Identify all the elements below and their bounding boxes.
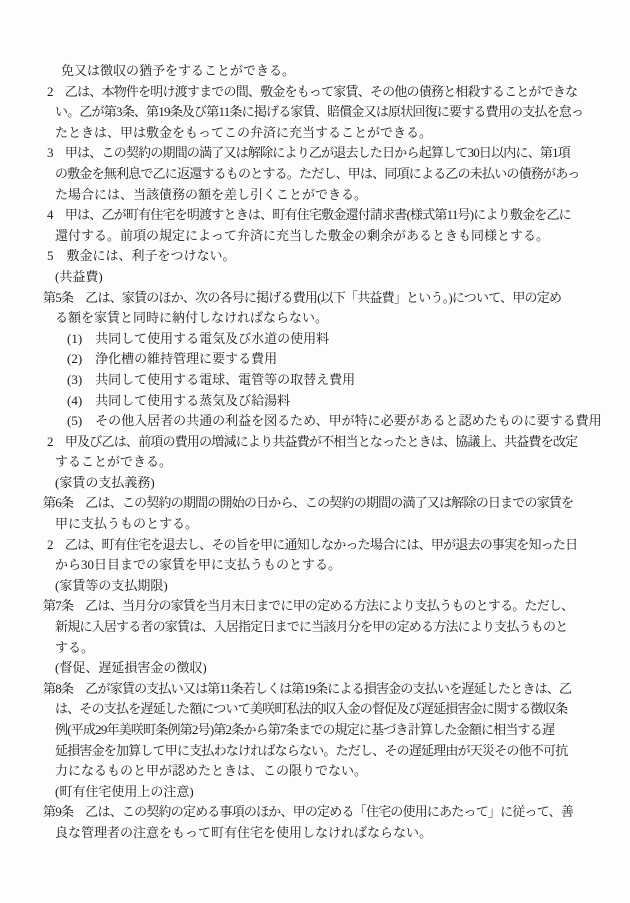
- item-line: (1) 共同して使用する電気及び水道の使用料: [67, 329, 590, 350]
- continuation-line: から30日目までの家賃を甲に支払うものとする。: [55, 555, 590, 576]
- article-line: 第8条 乙が家賃の支払い又は第11条若しくは第19条による損害金の支払いを遅延し…: [43, 679, 590, 700]
- article-line: 第6条 乙は、この契約の期間の開始の日から、この契約の期間の満了又は解除の日まで…: [43, 493, 590, 514]
- article-line: 第7条 乙は、当月分の家賃を当月末日までに甲の定める方法により支払うものとする。…: [43, 596, 590, 617]
- continuation-line: 免又は徴収の猶予をすることができる。: [61, 61, 590, 82]
- paragraph-number-line: 2 乙は、町有住宅を退去し、その旨を甲に通知しなかった場合には、甲が退去の事実を…: [47, 535, 590, 556]
- item-line: (3) 共同して使用する電球、電管等の取替え費用: [67, 370, 590, 391]
- paragraph-number-line: 2 乙は、本物件を明け渡すまでの間、敷金をもって家賃、その他の債務と相殺すること…: [47, 82, 590, 103]
- contract-document-page: 免又は徴収の猶予をすることができる。 2 乙は、本物件を明け渡すまでの間、敷金を…: [0, 0, 630, 903]
- continuation-line: る額を家賃と同時に納付しなければならない。: [55, 308, 590, 329]
- continuation-line: することができる。: [55, 452, 590, 473]
- continuation-line: する。: [55, 638, 590, 659]
- section-caption-line: (督促、遅延損害金の徴収): [55, 658, 590, 679]
- continuation-line: 延損害金を加算して甲に支払わなければならない。ただし、その遅延理由が天災その他不…: [55, 741, 590, 762]
- section-caption-line: (家賃等の支払期限): [55, 576, 590, 597]
- paragraph-number-line: 5 敷金には、利子をつけない。: [47, 246, 590, 267]
- section-caption-line: (町有住宅使用上の注意): [55, 782, 590, 803]
- article-line: 第9条 乙は、この契約の定める事項のほか、甲の定める「住宅の使用にあたって」に従…: [43, 802, 590, 823]
- continuation-line: たときは、甲は敷金をもってこの弁済に充当することができる。: [55, 123, 590, 144]
- paragraph-number-line: 3 甲は、この契約の期間の満了又は解除により乙が退去した日から起算して30日以内…: [47, 143, 590, 164]
- continuation-line: 力になるものと甲が認めたときは、この限りでない。: [55, 761, 590, 782]
- section-caption-line: (家賃の支払義務): [55, 473, 590, 494]
- item-line: (2) 浄化槽の維持管理に要する費用: [67, 349, 590, 370]
- continuation-line: の敷金を無利息で乙に返還するものとする。ただし、甲は、同項による乙の未払いの債務…: [55, 164, 590, 185]
- continuation-line: 新規に入居する者の家賃は、入居指定日までに当該月分を甲の定める方法により支払うも…: [55, 617, 590, 638]
- paragraph-number-line: 2 甲及び乙は、前項の費用の増減により共益費が不相当となったときは、協議上、共益…: [47, 432, 590, 453]
- paragraph-number-line: 4 甲は、乙が町有住宅を明渡すときは、町有住宅敷金還付請求書(様式第11号)によ…: [47, 205, 590, 226]
- continuation-line: 例(平成29年美咲町条例第2号)第2条から第7条までの規定に基づき計算した金額に…: [55, 720, 590, 741]
- continuation-line: た場合には、当該債務の額を差し引くことができる。: [55, 185, 590, 206]
- section-caption-line: (共益費): [55, 267, 590, 288]
- item-line: (4) 共同して使用する蒸気及び給湯料: [67, 391, 590, 412]
- continuation-line: 甲に支払うものとする。: [55, 514, 590, 535]
- item-line: (5) その他入居者の共通の利益を図るため、甲が特に必要があると認めたものに要す…: [67, 411, 590, 432]
- article-line: 第5条 乙は、家賃のほか、次の各号に掲げる費用(以下「共益費」という。)について…: [43, 288, 590, 309]
- continuation-line: は、その支払を遅延した額について美咲町私法的収入金の督促及び遅延損害金に関する徴…: [55, 699, 590, 720]
- continuation-line: 還付する。前項の規定によって弁済に充当した敷金の剰余があるときも同様とする。: [55, 226, 590, 247]
- continuation-line: 良な管理者の注意をもって町有住宅を使用しなければならない。: [55, 823, 590, 844]
- continuation-line: い。乙が第3条、第19条及び第11条に掲げる家賃、賠償金又は原状回復に要する費用…: [55, 102, 590, 123]
